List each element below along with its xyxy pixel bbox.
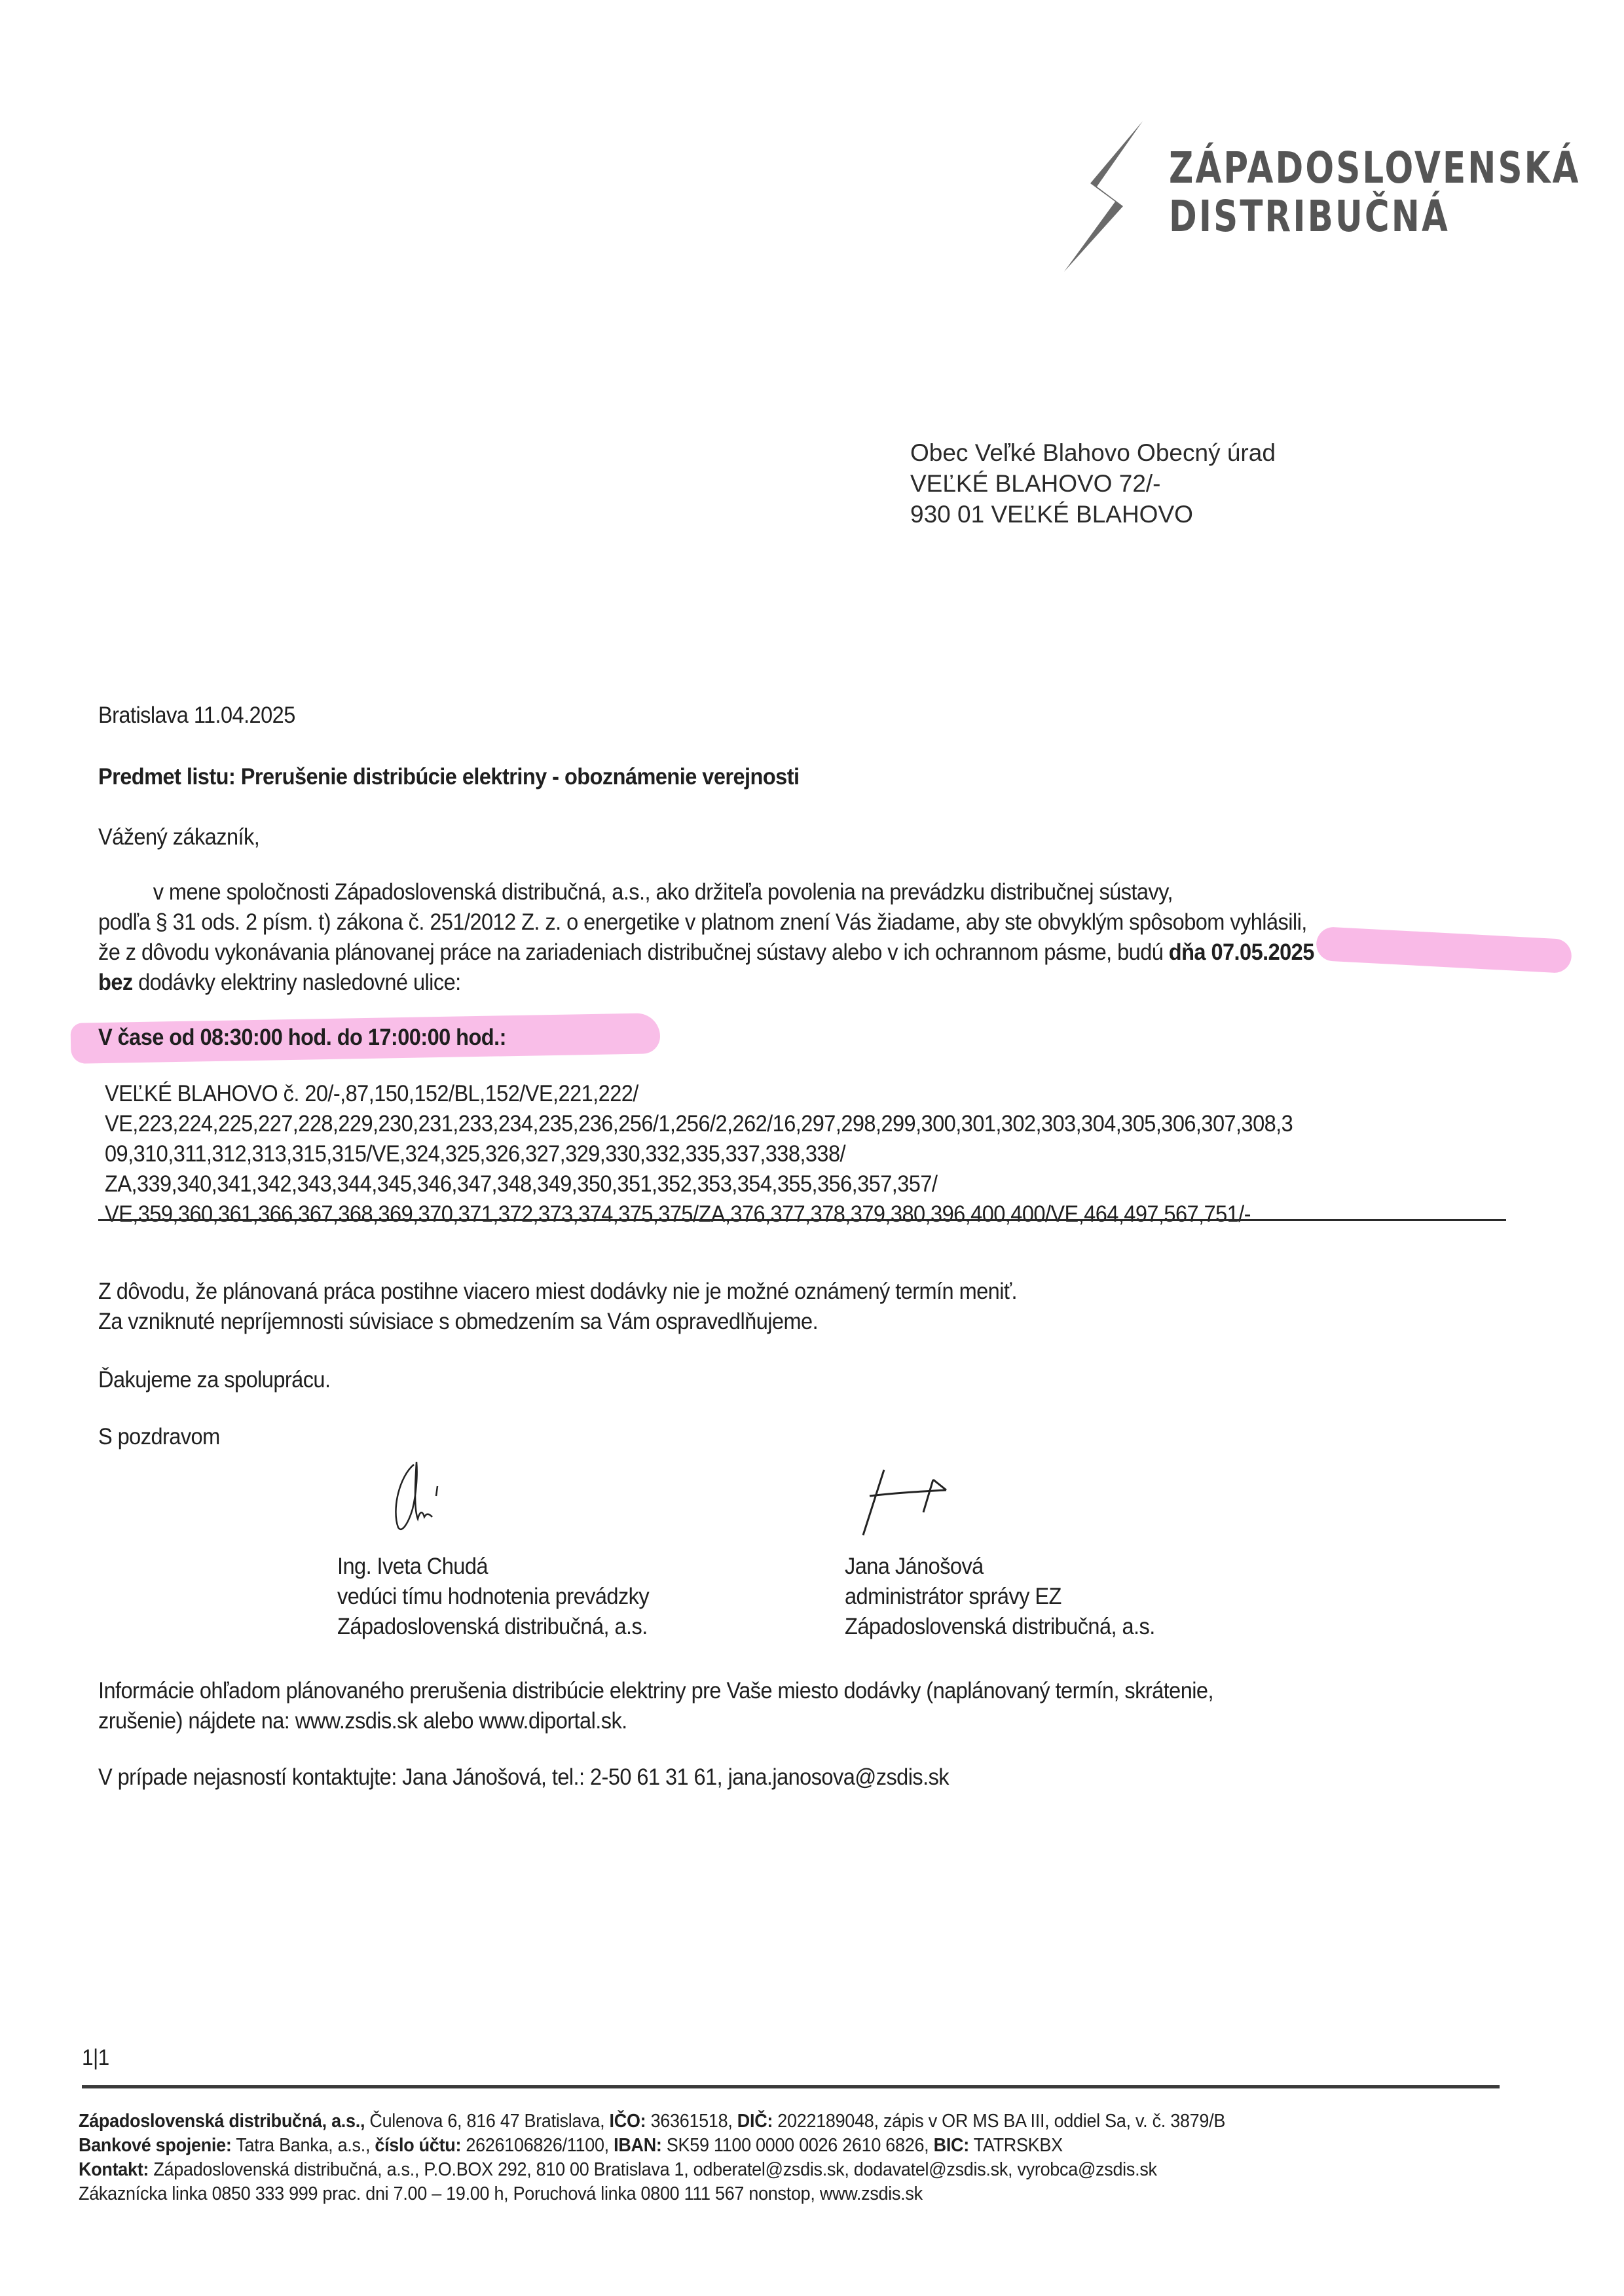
address-line: VE,359,360,361,366,367,368,369,370,371,3… (105, 1199, 1414, 1230)
footer-value: SK59 1100 0000 0026 2610 6826, (662, 2135, 934, 2156)
subject-line: Predmet listu: Prerušenie distribúcie el… (98, 762, 799, 792)
footer-value: 2626106826/1100, (461, 2135, 614, 2156)
info-paragraph: Informácie ohľadom plánovaného prerušeni… (98, 1676, 1438, 1736)
footer-label: Západoslovenská distribučná, a.s., (79, 2111, 365, 2132)
signer-role: administrátor správy EZ (845, 1582, 1155, 1612)
notice-paragraph: v mene spoločnosti Západoslovenská distr… (98, 877, 1438, 998)
signer-block: Ing. Iveta Chudá vedúci tímu hodnotenia … (337, 1552, 649, 1642)
signer-block: Jana Jánošová administrátor správy EZ Zá… (845, 1552, 1155, 1642)
recipient-name: Obec Veľké Blahovo Obecný úrad (910, 437, 1276, 468)
lightning-bolt-icon (1058, 118, 1169, 275)
recipient-address: Obec Veľké Blahovo Obecný úrad VEĽKÉ BLA… (910, 437, 1276, 530)
info-line: Informácie ohľadom plánovaného prerušeni… (98, 1676, 1438, 1706)
paragraph-line: v mene spoločnosti Západoslovenská distr… (98, 877, 1438, 907)
address-line: VE,223,224,225,227,228,229,230,231,233,2… (105, 1109, 1414, 1139)
outage-time: V čase od 08:30:00 hod. do 17:00:00 hod.… (98, 1023, 506, 1053)
recipient-street: VEĽKÉ BLAHOVO 72/- (910, 468, 1276, 499)
date-line: Bratislava 11.04.2025 (98, 701, 295, 731)
address-list: VEĽKÉ BLAHOVO č. 20/-,87,150,152/BL,152/… (105, 1079, 1414, 1230)
footer-value: Čulenova 6, 816 47 Bratislava, (365, 2111, 609, 2132)
footer: Západoslovenská distribučná, a.s., Čulen… (79, 2109, 1225, 2206)
footer-contact-line: Kontakt: Západoslovenská distribučná, a.… (79, 2158, 1225, 2182)
footer-label: Bankové spojenie: (79, 2135, 232, 2156)
signer-name: Jana Jánošová (845, 1552, 1155, 1582)
thanks-line: Ďakujeme za spoluprácu. (98, 1365, 330, 1395)
address-line: 09,310,311,312,313,315,315/VE,324,325,32… (105, 1139, 1414, 1169)
footer-label: číslo účtu: (375, 2135, 461, 2156)
outage-date: dňa 07.05.2025 (1169, 939, 1314, 965)
footer-value: TATRSKBX (969, 2135, 1063, 2156)
footer-label: Kontakt: (79, 2159, 149, 2180)
recipient-city: 930 01 VEĽKÉ BLAHOVO (910, 499, 1276, 530)
footer-divider (82, 2085, 1500, 2088)
signature-janosova (858, 1467, 989, 1539)
paragraph-text: dodávky elektriny nasledovné ulice: (133, 970, 461, 995)
signature-chuda (386, 1457, 485, 1535)
page-number: 1|1 (82, 2043, 109, 2073)
address-line: ZA,339,340,341,342,343,344,345,346,347,3… (105, 1169, 1414, 1199)
closing-line: Za vzniknuté nepríjemnosti súvisiace s o… (98, 1307, 1017, 1337)
footer-label: IBAN: (614, 2135, 662, 2156)
footer-value: Západoslovenská distribučná, a.s., P.O.B… (149, 2159, 1157, 2180)
footer-value: 2022189048, zápis v OR MS BA III, oddiel… (773, 2111, 1225, 2132)
salutation: Vážený zákazník, (98, 822, 259, 852)
footer-label: BIC: (934, 2135, 969, 2156)
paragraph-line: podľa § 31 ods. 2 písm. t) zákona č. 251… (98, 907, 1438, 938)
footer-company-line: Západoslovenská distribučná, a.s., Čulen… (79, 2109, 1225, 2134)
paragraph-line: bez dodávky elektriny nasledovné ulice: (98, 968, 1438, 998)
contact-line: V prípade nejasností kontaktujte: Jana J… (98, 1762, 949, 1793)
signer-role: vedúci tímu hodnotenia prevádzky (337, 1582, 649, 1612)
footer-label: DIČ: (737, 2111, 773, 2132)
paragraph-bold-word: bez (98, 970, 133, 995)
footer-hotline-line: Zákaznícka linka 0850 333 999 prac. dni … (79, 2182, 1225, 2206)
paragraph-text: že z dôvodu vykonávania plánovanej práce… (98, 939, 1169, 965)
address-list-underline (98, 1219, 1506, 1221)
logo-wordmark: ZÁPADOSLOVENSKÁ DISTRIBUČNÁ (1169, 144, 1581, 241)
footer-label: IČO: (610, 2111, 646, 2132)
closing-paragraph: Z dôvodu, že plánovaná práca postihne vi… (98, 1277, 1017, 1337)
footer-bank-line: Bankové spojenie: Tatra Banka, a.s., čís… (79, 2134, 1225, 2158)
regards-line: S pozdravom (98, 1422, 220, 1452)
logo-line-2: DISTRIBUČNÁ (1169, 192, 1581, 241)
footer-value: 36361518, (646, 2111, 737, 2132)
signer-name: Ing. Iveta Chudá (337, 1552, 649, 1582)
logo-line-1: ZÁPADOSLOVENSKÁ (1169, 144, 1581, 192)
info-line: zrušenie) nájdete na: www.zsdis.sk alebo… (98, 1706, 1438, 1736)
company-logo: ZÁPADOSLOVENSKÁ DISTRIBUČNÁ (1058, 118, 1529, 275)
signer-company: Západoslovenská distribučná, a.s. (845, 1612, 1155, 1642)
signer-company: Západoslovenská distribučná, a.s. (337, 1612, 649, 1642)
closing-line: Z dôvodu, že plánovaná práca postihne vi… (98, 1277, 1017, 1307)
paragraph-line: že z dôvodu vykonávania plánovanej práce… (98, 938, 1438, 968)
address-line: VEĽKÉ BLAHOVO č. 20/-,87,150,152/BL,152/… (105, 1079, 1414, 1109)
footer-value: Tatra Banka, a.s., (232, 2135, 375, 2156)
